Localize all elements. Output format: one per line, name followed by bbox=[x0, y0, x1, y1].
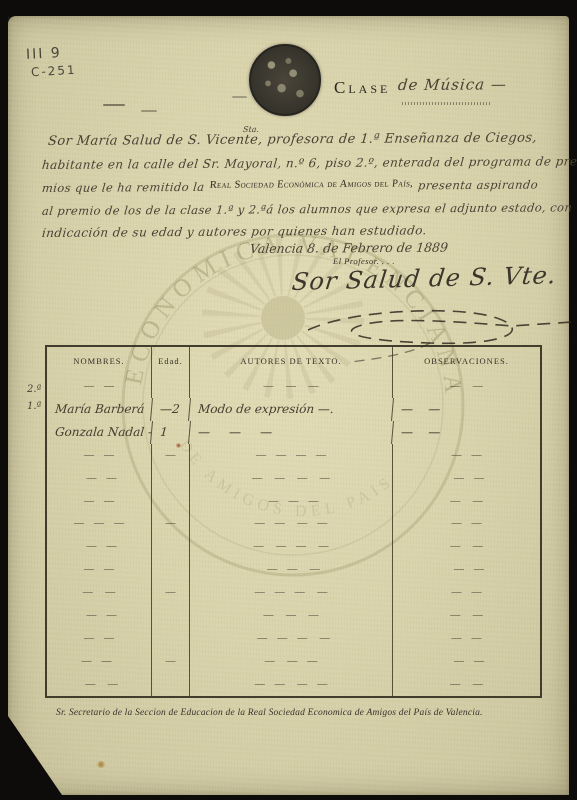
circular-ink-seal-icon bbox=[249, 44, 321, 116]
scanned-document-page: ECONOMICA VALENCIANA DE AMIGOS DEL PAIS … bbox=[0, 0, 577, 800]
table-cell-edad: 1 bbox=[150, 421, 190, 444]
table-row: — — ——— — — —— — bbox=[47, 513, 540, 536]
table-cell-obs: — — bbox=[392, 581, 540, 604]
table-cell-edad bbox=[151, 604, 189, 627]
table-cell-autores: — — — bbox=[189, 490, 392, 513]
table-cell-edad: — bbox=[151, 513, 189, 536]
pencil-dash bbox=[141, 110, 157, 112]
letter-line-4b: á los alumnos que expresa el adjunto est… bbox=[266, 200, 573, 216]
table-row: — —— — — —— — bbox=[47, 535, 540, 558]
table-cell-obs: — — bbox=[392, 604, 540, 627]
header-cell-edad: Edad. bbox=[151, 347, 189, 375]
footer-note: Sr. Secretario de la Seccion de Educacio… bbox=[56, 708, 483, 718]
table-cell-autores: — — — bbox=[189, 650, 392, 673]
table-cell-obs: — — bbox=[392, 627, 540, 650]
table-cell-nombre: — — bbox=[47, 535, 151, 558]
table-cell-obs: — — bbox=[392, 467, 540, 490]
letter-line-3a: mios que le ha remitido la bbox=[41, 180, 205, 195]
table-row: María Barberá—2Modo de expresión —.— — bbox=[47, 398, 540, 421]
students-table: NOMBRES. Edad. AUTORES DE TEXTO. OBSERVA… bbox=[45, 345, 542, 698]
table-body: — —— — —— —María Barberá—2Modo de expres… bbox=[47, 375, 540, 696]
table-cell-edad bbox=[151, 535, 189, 558]
clase-microprint-line bbox=[402, 102, 492, 105]
archival-mark-1: III 9 bbox=[26, 45, 63, 63]
margin-mark-1: 2.ª bbox=[27, 384, 41, 395]
table-cell-obs: — — bbox=[392, 558, 540, 581]
table-row: Gonzala Nadal —1— — —— — bbox=[47, 421, 540, 444]
table-cell-edad: — bbox=[151, 650, 189, 673]
header-cell-observaciones: OBSERVACIONES. bbox=[392, 347, 540, 375]
table-cell-obs: — — bbox=[392, 375, 540, 398]
profesor-label: El Profesor. . . . bbox=[333, 256, 395, 266]
table-cell-autores: Modo de expresión —. bbox=[188, 398, 393, 421]
table-cell-edad bbox=[151, 558, 189, 581]
table-cell-nombre: — — bbox=[47, 581, 151, 604]
letter-line-5: indicación de su edad y autores por quie… bbox=[41, 223, 427, 240]
table-cell-nombre: — — bbox=[47, 375, 151, 398]
table-cell-obs: — — bbox=[392, 490, 540, 513]
table-cell-obs: — — bbox=[392, 513, 540, 536]
letter-line-3c: presenta aspirando bbox=[417, 178, 538, 193]
table-cell-obs: — — bbox=[392, 673, 540, 696]
table-cell-autores: — — — — bbox=[189, 467, 392, 490]
table-cell-edad bbox=[151, 490, 189, 513]
header-cell-nombres: NOMBRES. bbox=[47, 347, 151, 375]
table-row: — —— — — — — — bbox=[47, 467, 540, 490]
clase-label: Clase bbox=[334, 78, 390, 98]
table-cell-edad: — bbox=[151, 581, 189, 604]
table-row: — —— — —— — bbox=[47, 604, 540, 627]
table-cell-nombre: María Barberá bbox=[46, 398, 152, 421]
table-cell-obs: — — bbox=[392, 650, 540, 673]
table-cell-nombre: — — bbox=[47, 627, 151, 650]
table-cell-obs: — — bbox=[392, 535, 540, 558]
table-cell-edad bbox=[151, 627, 189, 650]
margin-mark-2: 1.ª bbox=[27, 401, 41, 412]
table-cell-autores: — — — — bbox=[189, 627, 392, 650]
table-cell-autores: — — — — bbox=[189, 535, 392, 558]
date-line: Valencia 8. de Febrero de 1889 bbox=[249, 240, 449, 256]
letter-line-4a: al premio de los de la clase 1.ª y 2.ª bbox=[41, 202, 267, 218]
clase-value: de Música — bbox=[397, 75, 508, 94]
table-cell-autores: — — — bbox=[189, 375, 392, 398]
paper-stain bbox=[176, 443, 181, 448]
table-row: — — —— — — — — bbox=[47, 650, 540, 673]
table-cell-edad: —2 bbox=[150, 398, 190, 421]
table-cell-autores: — — — bbox=[189, 604, 392, 627]
table-row: — —— — — —— — bbox=[47, 673, 540, 696]
pencil-dash bbox=[103, 104, 125, 106]
table-row: — ——— — — —— — bbox=[47, 444, 540, 467]
table-cell-obs: — — bbox=[391, 398, 541, 421]
table-cell-autores: — — — — bbox=[189, 581, 392, 604]
table-cell-edad bbox=[151, 375, 189, 398]
table-cell-nombre: — — bbox=[47, 673, 151, 696]
table-row: — — — — —— — bbox=[47, 490, 540, 513]
table-cell-nombre: — — bbox=[47, 650, 151, 673]
table-cell-edad bbox=[151, 673, 189, 696]
table-row: — —— — —— — bbox=[47, 375, 540, 398]
table-cell-autores: — — — — bbox=[189, 444, 392, 467]
table-cell-autores: — — — — bbox=[189, 673, 392, 696]
table-cell-obs: — — bbox=[392, 444, 540, 467]
table-cell-autores: — — — bbox=[189, 558, 392, 581]
paper-stain bbox=[97, 761, 105, 768]
table-row: — ——— — — —— — bbox=[47, 581, 540, 604]
header-cell-autores: AUTORES DE TEXTO. bbox=[189, 347, 392, 375]
table-header-row: NOMBRES. Edad. AUTORES DE TEXTO. OBSERVA… bbox=[47, 347, 540, 375]
table-cell-nombre: — — bbox=[47, 467, 151, 490]
table-cell-nombre: — — bbox=[47, 558, 151, 581]
table-cell-nombre: — — bbox=[47, 444, 151, 467]
table-cell-edad: — bbox=[151, 444, 189, 467]
table-cell-nombre: — — bbox=[47, 490, 151, 513]
pencil-dash bbox=[303, 98, 315, 100]
table-cell-nombre: — — bbox=[47, 604, 151, 627]
table-row: — — — — — —— — bbox=[47, 627, 540, 650]
table-cell-nombre: — — — bbox=[47, 513, 151, 536]
table-cell-obs: — — bbox=[391, 421, 541, 444]
table-cell-autores: — — — bbox=[188, 421, 393, 444]
society-name: Real Sociedad Económica de Amigos del Pa… bbox=[209, 178, 414, 193]
table-cell-autores: — — — — bbox=[189, 513, 392, 536]
table-cell-nombre: Gonzala Nadal — bbox=[46, 421, 152, 444]
table-row: — — — — — — — bbox=[47, 558, 540, 581]
pencil-dash bbox=[232, 96, 247, 98]
archival-mark-2: C-251 bbox=[31, 63, 77, 79]
table-cell-edad bbox=[151, 467, 189, 490]
